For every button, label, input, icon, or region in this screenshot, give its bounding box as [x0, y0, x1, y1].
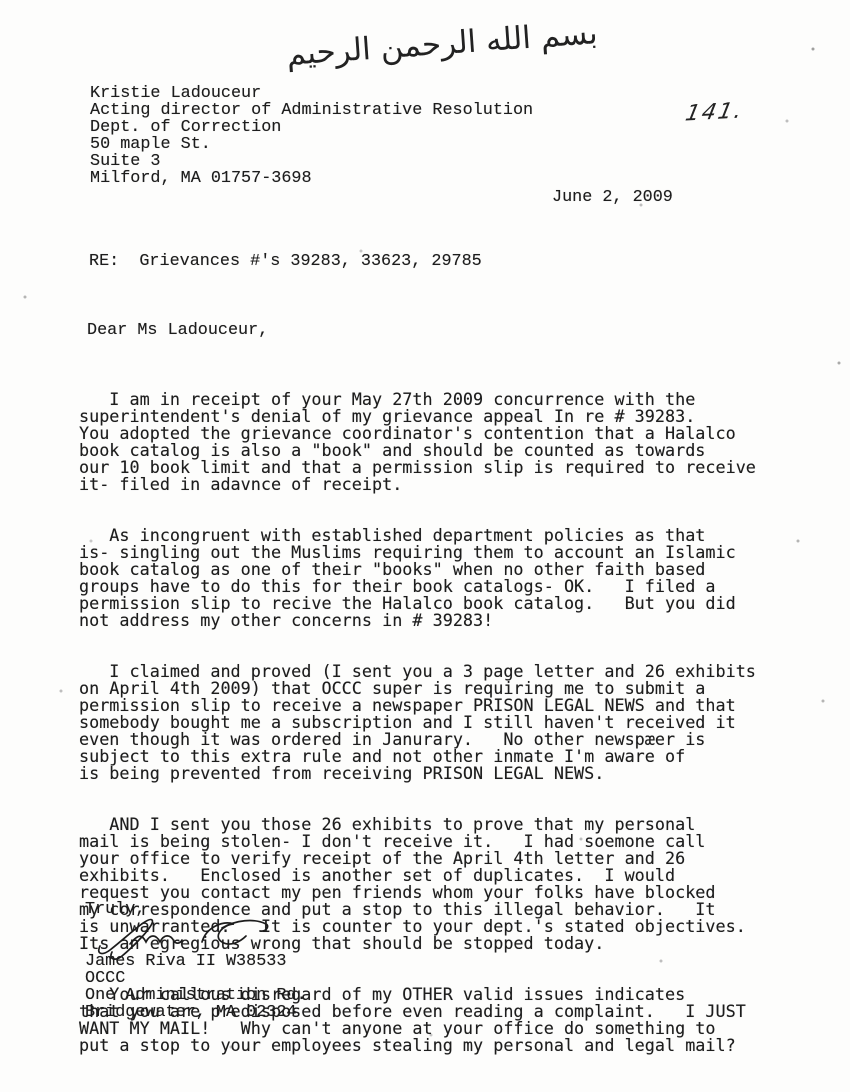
body-paragraph-1: I am in receipt of your May 27th 2009 co…: [79, 391, 756, 493]
letter-date: June 2, 2009: [552, 189, 673, 206]
letter-page: بسم الله الرحمن الرحيم 141. Kristie Lado…: [0, 0, 850, 1092]
recipient-address: Kristie Ladouceur Acting director of Adm…: [90, 85, 533, 187]
body-paragraph-2: As incongruent with established departme…: [79, 527, 756, 629]
subject-line: RE: Grievances #'s 39283, 33623, 29785: [89, 253, 482, 270]
handwritten-page-number: 141.: [683, 99, 746, 127]
body-paragraph-3: I claimed and proved (I sent you a 3 pag…: [79, 663, 756, 782]
salutation: Dear Ms Ladouceur,: [87, 322, 268, 339]
bismillah-handwritten-script: بسم الله الرحمن الرحيم: [251, 13, 633, 75]
sender-address: James Riva II W38533 OCCC One Administra…: [85, 953, 307, 1021]
scan-noise-specks: [0, 0, 2, 2]
